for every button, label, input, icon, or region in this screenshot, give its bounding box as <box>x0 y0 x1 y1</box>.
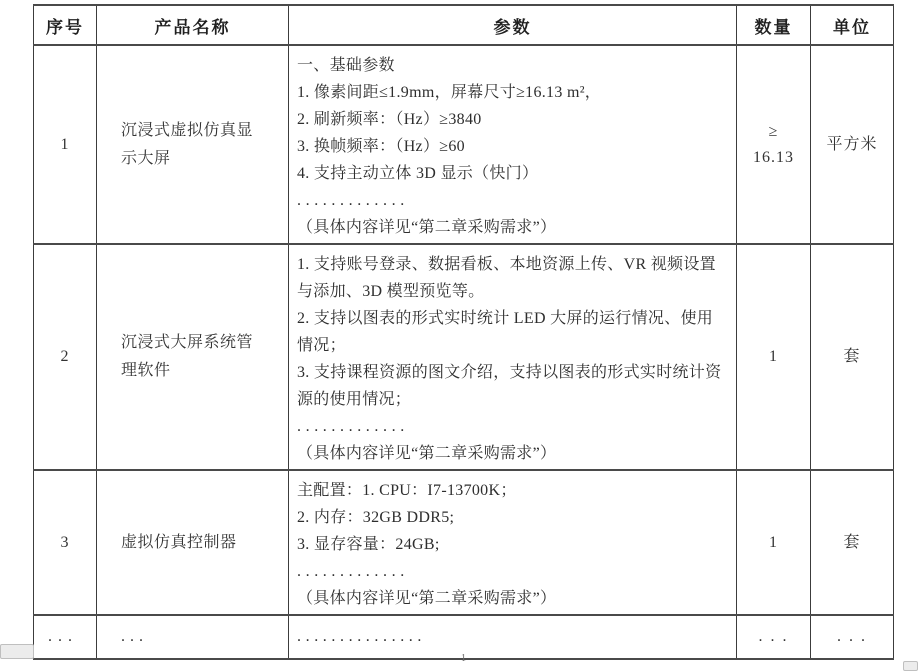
table-row-3: 3 虚拟仿真控制器 主配置：1. CPU：I7-13700K； 2. 内存：32… <box>34 470 894 615</box>
cell-serial-number: 2 <box>34 244 97 470</box>
page-number: 1 <box>461 653 466 664</box>
cell-parameters: 一、基础参数 1. 像素间距≤1.9mm，屏幕尺寸≥16.13 m²， 2. 刷… <box>289 45 737 244</box>
cell-quantity: 1 <box>737 470 811 615</box>
cell-product-name: 沉浸式虚拟仿真显示大屏 <box>97 45 289 244</box>
cell-serial-number: . . . <box>34 615 97 659</box>
table-header-row: 序号 产品名称 参数 数量 单位 <box>34 5 894 45</box>
cell-parameters: 1. 支持账号登录、数据看板、本地资源上传、VR 视频设置与添加、3D 模型预览… <box>289 244 737 470</box>
cell-product-name: . . . <box>97 615 289 659</box>
cell-parameters: 主配置：1. CPU：I7-13700K； 2. 内存：32GB DDR5; 3… <box>289 470 737 615</box>
cell-parameters: . . . . . . . . . . . . . . . <box>289 615 737 659</box>
cell-product-name: 沉浸式大屏系统管理软件 <box>97 244 289 470</box>
cell-quantity: . . . <box>737 615 811 659</box>
cell-unit: 平方米 <box>811 45 894 244</box>
scan-artifact <box>0 644 34 659</box>
cell-unit: 套 <box>811 470 894 615</box>
header-params: 参数 <box>289 5 737 45</box>
cell-quantity: ≥ 16.13 <box>737 45 811 244</box>
procurement-spec-table: 序号 产品名称 参数 数量 单位 1 沉浸式虚拟仿真显示大屏 一、基础参数 1.… <box>33 4 894 660</box>
cell-serial-number: 1 <box>34 45 97 244</box>
header-qty: 数量 <box>737 5 811 45</box>
table-row-1: 1 沉浸式虚拟仿真显示大屏 一、基础参数 1. 像素间距≤1.9mm，屏幕尺寸≥… <box>34 45 894 244</box>
cell-quantity: 1 <box>737 244 811 470</box>
cell-serial-number: 3 <box>34 470 97 615</box>
cell-product-name: 虚拟仿真控制器 <box>97 470 289 615</box>
scan-artifact <box>903 661 918 671</box>
cell-unit: 套 <box>811 244 894 470</box>
header-unit: 单位 <box>811 5 894 45</box>
cell-unit: . . . <box>811 615 894 659</box>
header-name: 产品名称 <box>97 5 289 45</box>
header-no: 序号 <box>34 5 97 45</box>
table-row-2: 2 沉浸式大屏系统管理软件 1. 支持账号登录、数据看板、本地资源上传、VR 视… <box>34 244 894 470</box>
